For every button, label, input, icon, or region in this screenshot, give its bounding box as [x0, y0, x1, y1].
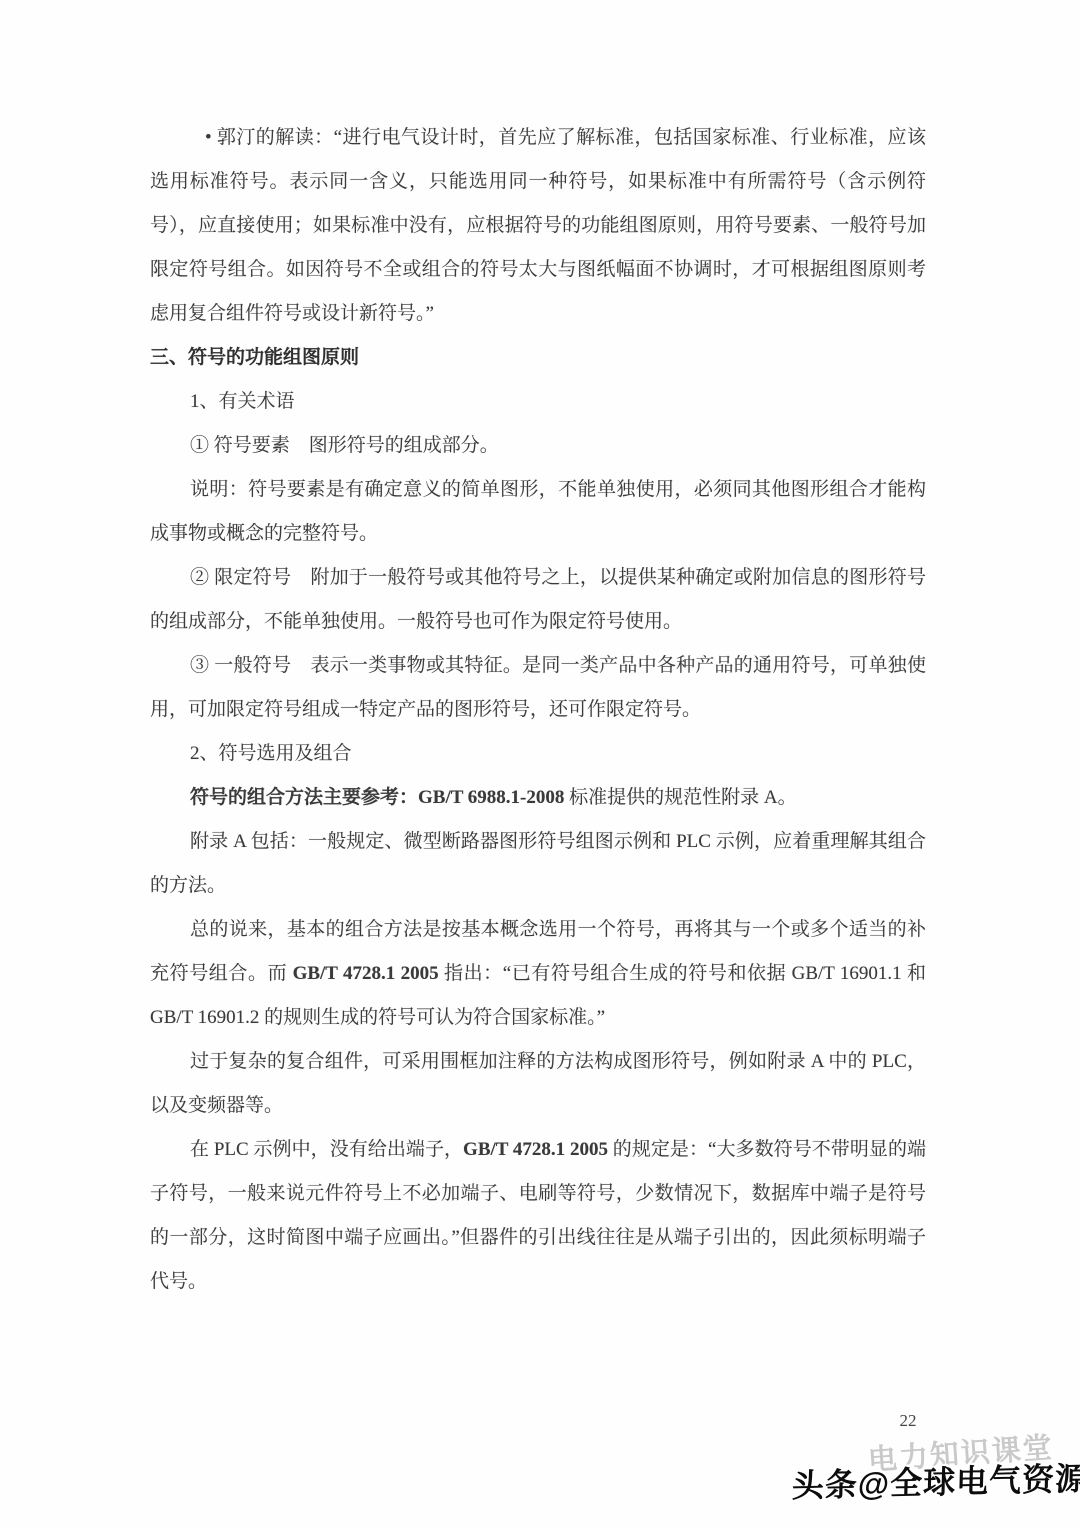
document-body: • 郭汀的解读：“进行电气设计时，首先应了解标准，包括国家标准、行业标准，应该选… [150, 116, 926, 1304]
paragraph-appendix-a-content: 附录 A 包括：一般规定、微型断路器图形符号组图示例和 PLC 示例，应着重理解… [150, 820, 926, 908]
text-run: ① 符号要素 图形符号的组成部分。 [190, 435, 499, 456]
paragraph-guoting-quote: • 郭汀的解读：“进行电气设计时，首先应了解标准，包括国家标准、行业标准，应该选… [150, 116, 926, 336]
paragraph-combination-reference: 符号的组合方法主要参考：GB/T 6988.1-2008 标准提供的规范性附录 … [150, 776, 926, 820]
emphasized-text-run: 三、符号的功能组图原则 [150, 347, 359, 368]
text-run: 1、有关术语 [190, 391, 295, 412]
paragraph-basic-combination-method: 总的说来，基本的组合方法是按基本概念选用一个符号，再将其与一个或多个适当的补充符… [150, 908, 926, 1040]
text-run: ② 限定符号 附加于一般符号或其他符号之上，以提供某种确定或附加信息的图形符号的… [150, 567, 926, 632]
watermark-source-badge: 头条@全球电气资源 [791, 1453, 1080, 1507]
emphasized-text-run: GB/T 4728.1 2005 [463, 1139, 608, 1160]
text-run: 的规定是：“大多数符号不带明显的端子符号，一般来说元件符号上不必加端子、电刷等符… [150, 1139, 926, 1292]
paragraph-complex-components: 过于复杂的复合组件，可采用围框加注释的方法构成图形符号，例如附录 A 中的 PL… [150, 1040, 926, 1128]
text-run: • 郭汀的解读：“进行电气设计时，首先应了解标准，包括国家标准、行业标准，应该选… [150, 127, 926, 324]
text-run: 在 PLC 示例中，没有给出端子， [190, 1139, 463, 1160]
text-run: 过于复杂的复合组件，可采用围框加注释的方法构成图形符号，例如附录 A 中的 PL… [150, 1051, 926, 1116]
document-page: • 郭汀的解读：“进行电气设计时，首先应了解标准，包括国家标准、行业标准，应该选… [0, 0, 1080, 1527]
paragraph-term-symbol-element: ① 符号要素 图形符号的组成部分。 [150, 424, 926, 468]
paragraph-term-qualifying-symbol: ② 限定符号 附加于一般符号或其他符号之上，以提供某种确定或附加信息的图形符号的… [150, 556, 926, 644]
text-run: 2、符号选用及组合 [190, 743, 352, 764]
paragraph-plc-terminals: 在 PLC 示例中，没有给出端子，GB/T 4728.1 2005 的规定是：“… [150, 1128, 926, 1304]
text-run: 附录 A 包括：一般规定、微型断路器图形符号组图示例和 PLC 示例，应着重理解… [150, 831, 926, 896]
emphasized-text-run: GB/T 4728.1 2005 [293, 963, 439, 984]
paragraph-selection-subheading: 2、符号选用及组合 [150, 732, 926, 776]
paragraph-section-heading: 三、符号的功能组图原则 [150, 336, 926, 380]
text-run: ③ 一般符号 表示一类事物或其特征。是同一类产品中各种产品的通用符号，可单独使用… [150, 655, 926, 720]
paragraph-term-general-symbol: ③ 一般符号 表示一类事物或其特征。是同一类产品中各种产品的通用符号，可单独使用… [150, 644, 926, 732]
text-run: 说明：符号要素是有确定意义的简单图形，不能单独使用，必须同其他图形组合才能构成事… [150, 479, 926, 544]
emphasized-text-run: 符号的组合方法主要参考：GB/T 6988.1-2008 [190, 787, 564, 808]
page-number: 22 [878, 1406, 938, 1436]
paragraph-terms-subheading: 1、有关术语 [150, 380, 926, 424]
text-run: 标准提供的规范性附录 A。 [564, 787, 796, 808]
paragraph-term-symbol-element-note: 说明：符号要素是有确定意义的简单图形，不能单独使用，必须同其他图形组合才能构成事… [150, 468, 926, 556]
